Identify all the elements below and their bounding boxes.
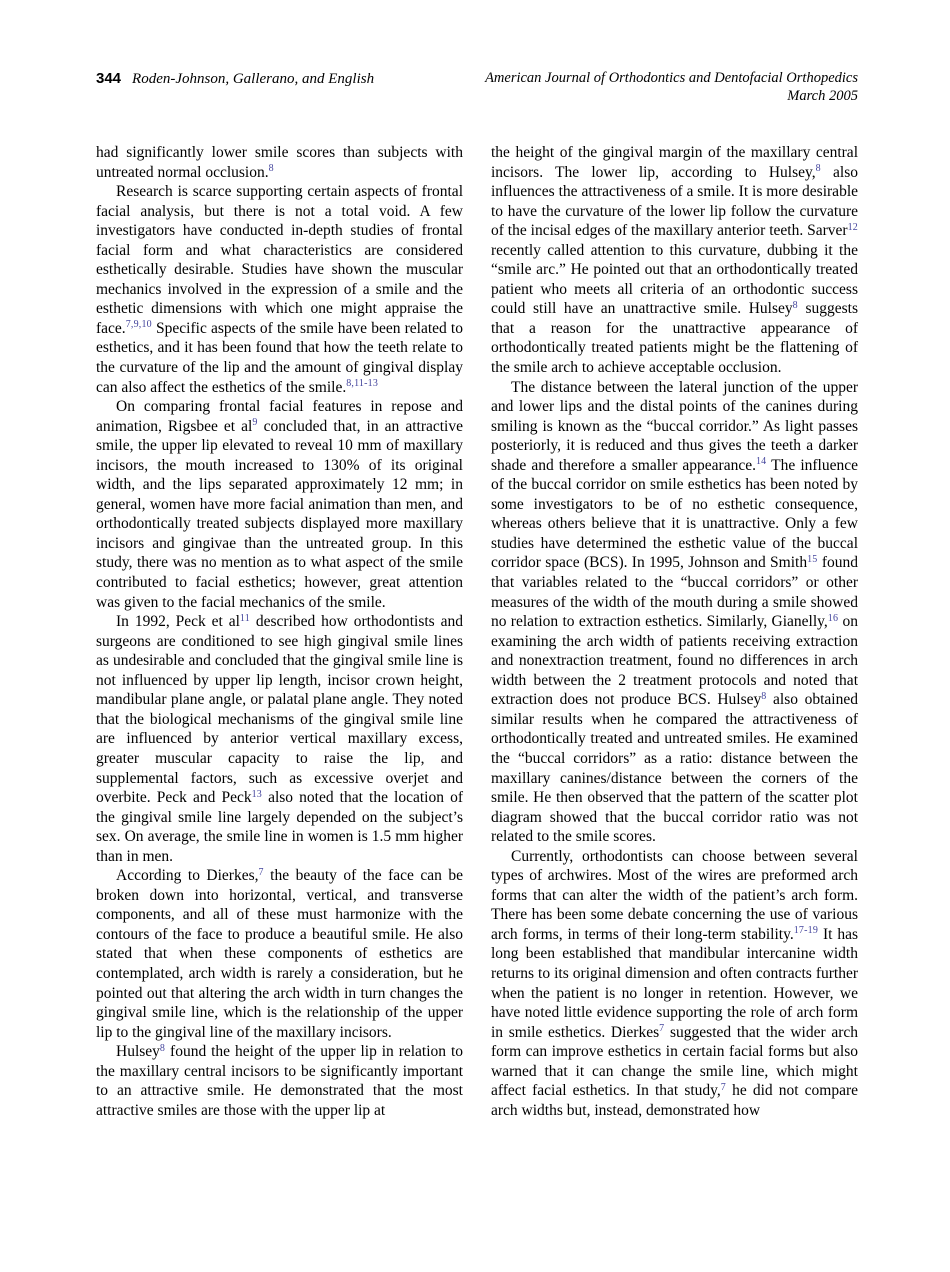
reference-link[interactable]: 16 [828,613,838,624]
reference-link[interactable]: 8 [793,300,798,311]
reference-link[interactable]: 14 [756,456,766,467]
paragraph: had significantly lower smile scores tha… [96,143,463,182]
page-header: 344 Roden-Johnson, Gallerano, and Englis… [96,70,858,105]
running-authors: Roden-Johnson, Gallerano, and English [132,71,374,88]
reference-link[interactable]: 17-19 [794,925,818,936]
paragraph: In 1992, Peck et al11 described how orth… [96,612,463,866]
reference-link[interactable]: 7 [659,1023,664,1034]
reference-link[interactable]: 11 [240,613,250,624]
reference-link[interactable]: 15 [807,554,817,565]
paragraph: Hulsey8 found the height of the upper li… [96,1042,463,1120]
paragraph: Research is scarce supporting certain as… [96,182,463,397]
reference-link[interactable]: 8 [761,691,766,702]
journal-issue-date: March 2005 [485,88,858,106]
reference-link[interactable]: 9 [252,417,257,428]
reference-link[interactable]: 7 [721,1082,726,1093]
reference-link[interactable]: 12 [848,222,858,233]
left-column: had significantly lower smile scores tha… [96,143,463,1120]
journal-page: 344 Roden-Johnson, Gallerano, and Englis… [0,0,950,1272]
right-column: the height of the gingival margin of the… [491,143,858,1120]
page-number: 344 [96,70,121,87]
paragraph: According to Dierkes,7 the beauty of the… [96,866,463,1042]
reference-link[interactable]: 7,9,10 [126,319,152,330]
body-text: had significantly lower smile scores tha… [96,143,858,1120]
reference-link[interactable]: 8,11-13 [346,378,378,389]
paragraph: the height of the gingival margin of the… [491,143,858,378]
journal-title: American Journal of Orthodontics and Den… [485,70,858,88]
reference-link[interactable]: 8 [816,163,821,174]
paragraph: On comparing frontal facial features in … [96,397,463,612]
reference-link[interactable]: 8 [160,1043,165,1054]
reference-link[interactable]: 13 [252,789,262,800]
reference-link[interactable]: 7 [259,867,264,878]
paragraph: The distance between the lateral junctio… [491,378,858,847]
running-head-right: American Journal of Orthodontics and Den… [485,70,858,105]
paragraph: Currently, orthodontists can choose betw… [491,847,858,1121]
running-head-left: 344 Roden-Johnson, Gallerano, and Englis… [96,70,374,88]
reference-link[interactable]: 8 [269,163,274,174]
